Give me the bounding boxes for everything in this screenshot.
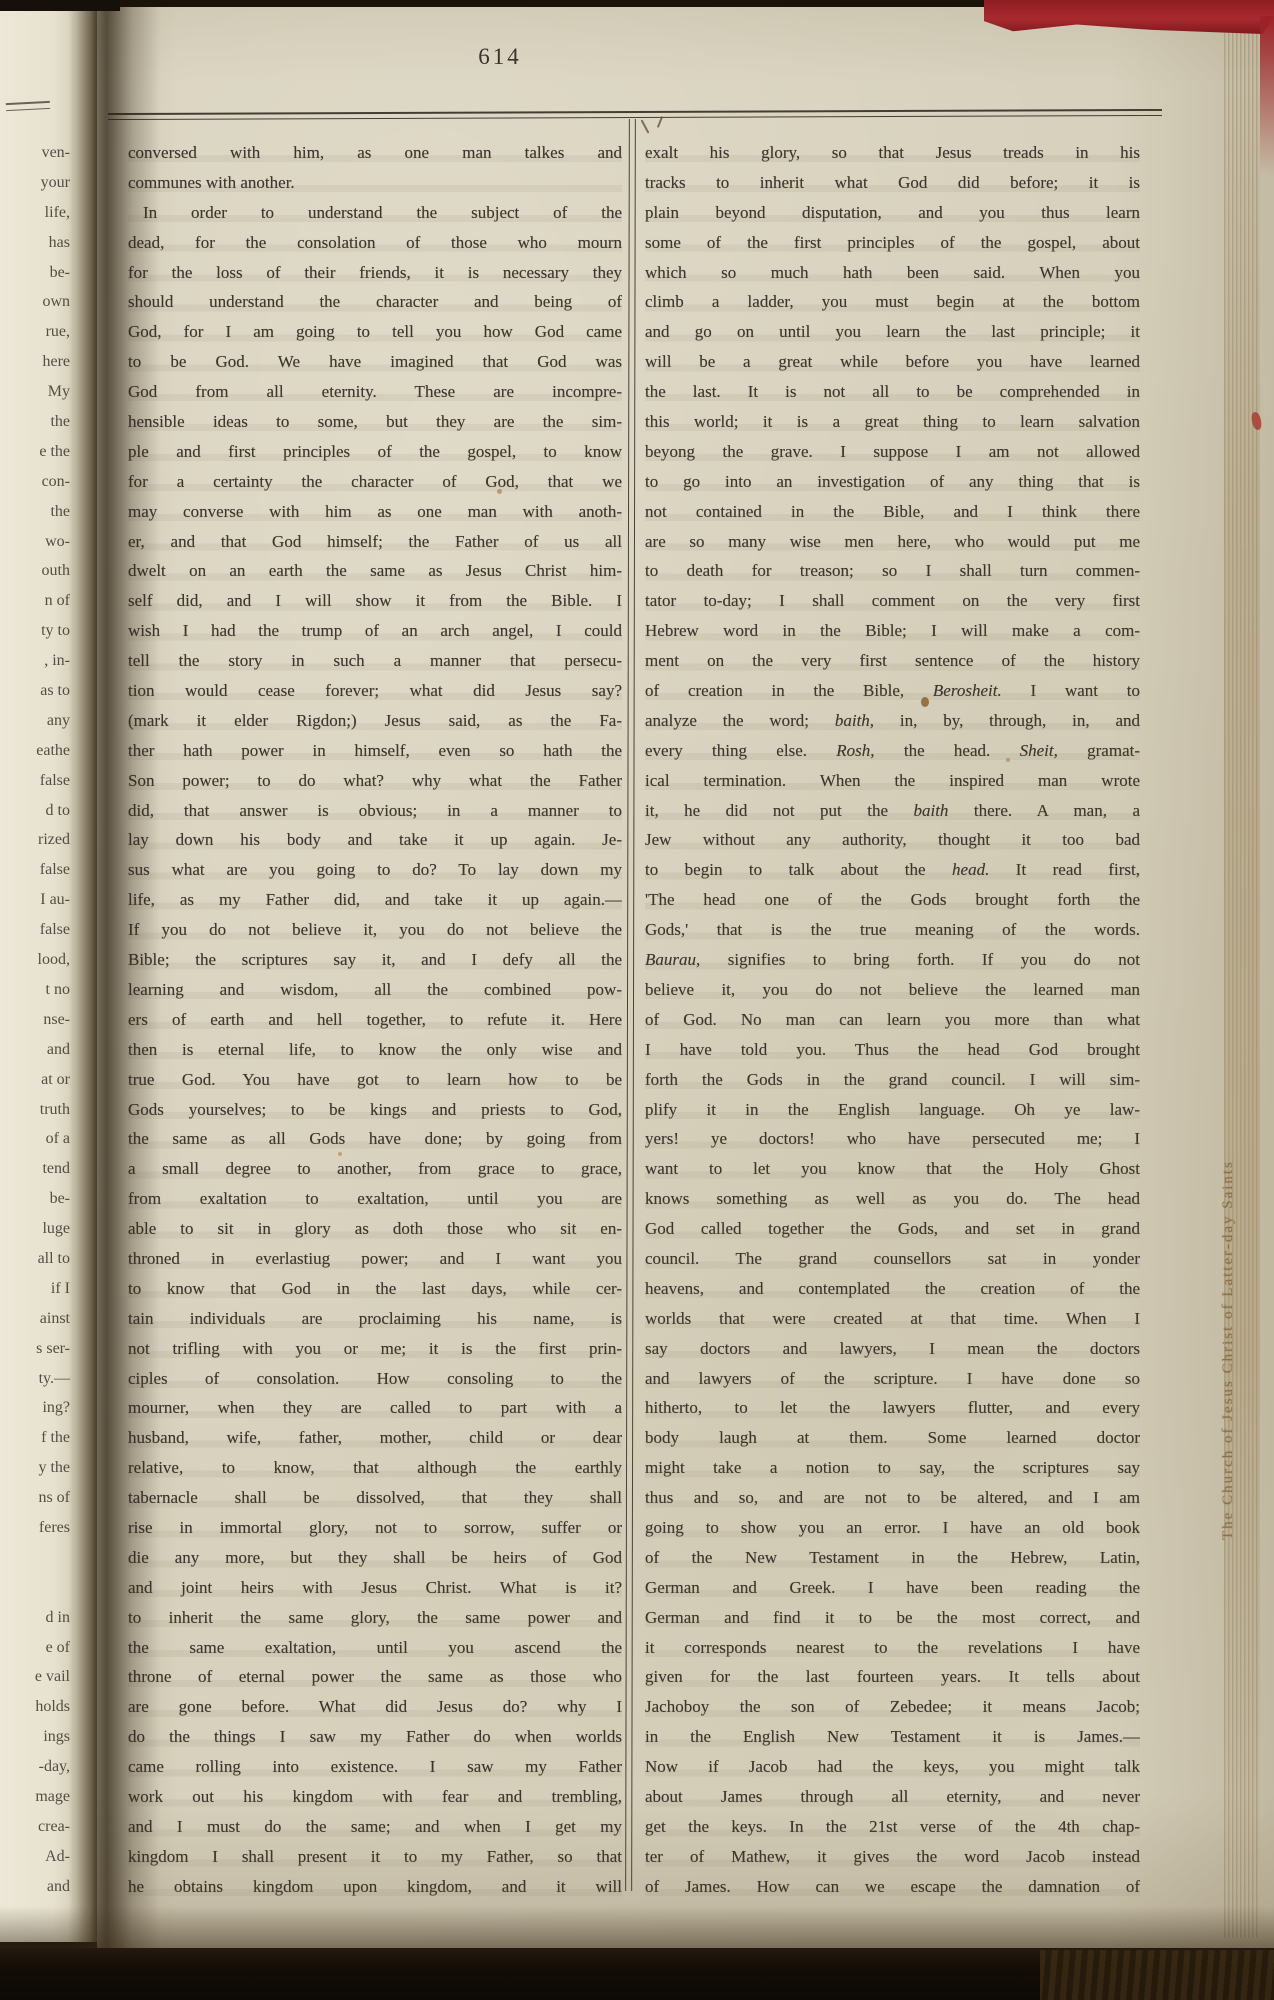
text-line: false [0, 766, 74, 796]
text-line: analyze the word; baith, in, by, through… [645, 706, 1140, 736]
text-line: able to sit in glory as doth those who s… [128, 1214, 622, 1244]
text-line: here [0, 347, 74, 377]
text-line: forth the Gods in the grand council. I w… [645, 1065, 1140, 1095]
text-line: conversed with him, as one man talkes an… [128, 138, 622, 168]
text-line: wish I had the trump of an arch angel, I… [128, 616, 622, 646]
top-cover-corner [0, 0, 120, 11]
text-line: ment on the very first sentence of the h… [645, 646, 1140, 676]
text-line: crea- [0, 1812, 74, 1842]
stain-speck [1006, 758, 1010, 762]
text-line: the last. It is not all to be comprehend… [645, 377, 1140, 407]
text-line: not contained in the Bible, and I think … [645, 497, 1140, 527]
text-line: eathe [0, 736, 74, 766]
text-line: true God. You have got to learn how to b… [128, 1065, 622, 1095]
text-line: sus what are you going to do? To lay dow… [128, 855, 622, 885]
text-line: beyong the grave. I suppose I am not all… [645, 437, 1140, 467]
text-line: are gone before. What did Jesus do? why … [128, 1692, 622, 1722]
text-line: (mark it elder Rigdon;) Jesus said, as t… [128, 706, 622, 736]
text-line: er, and that God himself; the Father of … [128, 527, 622, 557]
text-line: to go into an investigation of any thing… [645, 467, 1140, 497]
text-line: f the [0, 1423, 74, 1453]
text-line: e the [0, 437, 74, 467]
text-line: of creation in the Bible, Berosheit. I w… [645, 676, 1140, 706]
facing-page-text-fragments: ven-yourlife,hasbe-ownrue,hereMythee the… [0, 138, 74, 1902]
text-line: are so many wise men here, who would put… [645, 527, 1140, 557]
text-line: it corresponds nearest to the revelation… [645, 1633, 1140, 1663]
text-line: God, for I am going to tell you how God … [128, 317, 622, 347]
text-line: to be God. We have imagined that God was [128, 347, 622, 377]
stain-speck [497, 489, 502, 494]
text-line: to death for treason; so I shall turn co… [645, 556, 1140, 586]
text-line: lood, [0, 945, 74, 975]
text-line: holds [0, 1692, 74, 1722]
bottom-cover-leather [1040, 1950, 1274, 2000]
text-line: any [0, 706, 74, 736]
text-line: Now if Jacob had the keys, you might tal… [645, 1752, 1140, 1782]
text-line: own [0, 287, 74, 317]
text-line: Bible; the scriptures say it, and I defy… [128, 945, 622, 975]
text-line: body laugh at them. Some learned doctor [645, 1423, 1140, 1453]
text-line: tion would cease forever; what did Jesus… [128, 676, 622, 706]
text-line: Jew without any authority, thought it to… [645, 825, 1140, 855]
text-line: of a [0, 1124, 74, 1154]
text-line: false [0, 855, 74, 885]
text-line: this world; it is a great thing to learn… [645, 407, 1140, 437]
text-line: n of [0, 586, 74, 616]
text-line: some of the first principles of the gosp… [645, 228, 1140, 258]
text-line: worlds that were created at that time. W… [645, 1304, 1140, 1334]
text-line: has [0, 228, 74, 258]
text-line: Son power; to do what? why what the Fath… [128, 766, 622, 796]
text-line: for the loss of their friends, it is nec… [128, 258, 622, 288]
text-line: Jachoboy the son of Zebedee; it means Ja… [645, 1692, 1140, 1722]
text-line: be- [0, 1184, 74, 1214]
text-line: believe it, you do not believe the learn… [645, 975, 1140, 1005]
text-line: and I must do the same; and when I get m… [128, 1812, 622, 1842]
text-line: the [0, 407, 74, 437]
text-line: may converse with him as one man with an… [128, 497, 622, 527]
text-line: ter of Mathew, it gives the word Jacob i… [645, 1842, 1140, 1872]
text-line: mourner, when they are called to part wi… [128, 1393, 622, 1423]
text-line: lay down his body and take it up again. … [128, 825, 622, 855]
text-line: ainst [0, 1304, 74, 1334]
text-line: to inherit the same glory, the same powe… [128, 1603, 622, 1633]
text-line: climb a ladder, you must begin at the bo… [645, 287, 1140, 317]
text-line: God called together the Gods, and set in… [645, 1214, 1140, 1244]
right-text-column: exalt his glory, so that Jesus treads in… [645, 138, 1140, 1902]
text-line: exalt his glory, so that Jesus treads in… [645, 138, 1140, 168]
text-line: life, [0, 198, 74, 228]
text-line: My [0, 377, 74, 407]
text-line: to know that God in the last days, while… [128, 1274, 622, 1304]
text-line: did, that answer is obvious; in a manner… [128, 796, 622, 826]
text-line: should understand the character and bein… [128, 287, 622, 317]
text-line: from exaltation to exaltation, until you… [128, 1184, 622, 1214]
text-line: Gods yourselves; to be kings and priests… [128, 1095, 622, 1125]
text-line: do the things I saw my Father do when wo… [128, 1722, 622, 1752]
text-line: truth [0, 1095, 74, 1125]
text-line: ple and first principles of the gospel, … [128, 437, 622, 467]
text-line: Ad- [0, 1842, 74, 1872]
text-line: which so much hath been said. When you [645, 258, 1140, 288]
text-line: to begin to talk about the head. It read… [645, 855, 1140, 885]
text-line: ical termination. When the inspired man … [645, 766, 1140, 796]
stain-speck [921, 697, 929, 707]
text-line: I au- [0, 885, 74, 915]
text-line: t no [0, 975, 74, 1005]
text-line: tend [0, 1154, 74, 1184]
text-line: be- [0, 258, 74, 288]
text-line: and go on until you learn the last princ… [645, 317, 1140, 347]
text-line: tell the story in such a manner that per… [128, 646, 622, 676]
text-line: throne of eternal power the same as thos… [128, 1662, 622, 1692]
text-line: yers! ye doctors! who have persecuted me… [645, 1124, 1140, 1154]
text-line: ciples of consolation. How consoling to … [128, 1364, 622, 1394]
text-line: council. The grand counsellors sat in yo… [645, 1244, 1140, 1274]
facing-page-rule [6, 101, 50, 111]
text-line: mage [0, 1782, 74, 1812]
text-line: , in- [0, 646, 74, 676]
text-line: if I [0, 1274, 74, 1304]
facing-page-edge: ven-yourlife,hasbe-ownrue,hereMythee the… [0, 6, 97, 1942]
text-line: Baurau, signifies to bring forth. If you… [645, 945, 1140, 975]
text-line: and joint heirs with Jesus Christ. What … [128, 1573, 622, 1603]
text-line: e vail [0, 1662, 74, 1692]
left-text-column: conversed with him, as one man talkes an… [128, 138, 622, 1902]
text-line: d in [0, 1603, 74, 1633]
text-line: ers of earth and hell together, to refut… [128, 1005, 622, 1035]
text-line: wo- [0, 527, 74, 557]
text-line: came rolling into existence. I saw my Fa… [128, 1752, 622, 1782]
text-line: of the New Testament in the Hebrew, Lati… [645, 1543, 1140, 1573]
text-line: knows something as well as you do. The h… [645, 1184, 1140, 1214]
text-line: as to [0, 676, 74, 706]
text-line: I have told you. Thus the head God broug… [645, 1035, 1140, 1065]
text-line: die any more, but they shall be heirs of… [128, 1543, 622, 1573]
text-line: rue, [0, 317, 74, 347]
text-line [0, 1573, 74, 1603]
text-line: get the keys. In the 21st verse of the 4… [645, 1812, 1140, 1842]
text-line: ther hath power in himself, even so hath… [128, 736, 622, 766]
text-line: heavens, and contemplated the creation o… [645, 1274, 1140, 1304]
text-line: will be a great while before you have le… [645, 347, 1140, 377]
text-line: might take a notion to say, the scriptur… [645, 1453, 1140, 1483]
ownership-stamp-vertical: The Church of Jesus Christ of Latter-day… [1220, 555, 1237, 1540]
text-line: self did, and I will show it from the Bi… [128, 586, 622, 616]
text-line: of James. How can we escape the damnatio… [645, 1872, 1140, 1902]
text-line: about James through all eternity, and ne… [645, 1782, 1140, 1812]
text-line: hensible ideas to some, but they are the… [128, 407, 622, 437]
text-line: your [0, 168, 74, 198]
text-line: for a certainty the character of God, th… [128, 467, 622, 497]
text-line: false [0, 915, 74, 945]
text-line: want to let you know that the Holy Ghost [645, 1154, 1140, 1184]
text-line: and lawyers of the scripture. I have don… [645, 1364, 1140, 1394]
text-line: learning and wisdom, all the combined po… [128, 975, 622, 1005]
text-line: relative, to know, that although the ear… [128, 1453, 622, 1483]
text-line: hitherto, to let the lawyers flutter, an… [645, 1393, 1140, 1423]
text-line: German and Greek. I have been reading th… [645, 1573, 1140, 1603]
text-line: the same exaltation, until you ascend th… [128, 1633, 622, 1663]
text-line: given for the last fourteen years. It te… [645, 1662, 1140, 1692]
text-line: 'The head one of the Gods brought forth … [645, 885, 1140, 915]
text-line: life, as my Father did, and take it up a… [128, 885, 622, 915]
text-line: all to [0, 1244, 74, 1274]
text-line: nse- [0, 1005, 74, 1035]
text-line: the [0, 497, 74, 527]
text-line: work out his kingdom with fear and tremb… [128, 1782, 622, 1812]
text-line: tracks to inherit what God did before; i… [645, 168, 1140, 198]
text-line: con- [0, 467, 74, 497]
text-line: then is eternal life, to know the only w… [128, 1035, 622, 1065]
text-line: y the [0, 1453, 74, 1483]
book-scan-page: ven-yourlife,hasbe-ownrue,hereMythee the… [0, 0, 1274, 2000]
text-line: of God. No man can learn you more than w… [645, 1005, 1140, 1035]
text-line: say doctors and lawyers, I mean the doct… [645, 1334, 1140, 1364]
text-line: luge [0, 1214, 74, 1244]
text-line: ty to [0, 616, 74, 646]
text-line: Gods,' that is the true meaning of the w… [645, 915, 1140, 945]
text-line: ven- [0, 138, 74, 168]
text-line: and [0, 1872, 74, 1902]
text-line: rise in immortal glory, not to sorrow, s… [128, 1513, 622, 1543]
text-line: at or [0, 1065, 74, 1095]
text-line: thus and so, and are not to be altered, … [645, 1483, 1140, 1513]
text-line: e of [0, 1633, 74, 1663]
text-line: ings [0, 1722, 74, 1752]
text-line: tain individuals are proclaiming his nam… [128, 1304, 622, 1334]
text-line: d to [0, 796, 74, 826]
text-line: s ser- [0, 1334, 74, 1364]
text-line: plify it in the English language. Oh ye … [645, 1095, 1140, 1125]
text-line: tator to-day; I shall comment on the ver… [645, 586, 1140, 616]
text-line: God from all eternity. These are incompr… [128, 377, 622, 407]
text-line: the same as all Gods have done; by going… [128, 1124, 622, 1154]
text-line: a small degree to another, from grace to… [128, 1154, 622, 1184]
text-line: -day, [0, 1752, 74, 1782]
text-line: husband, wife, father, mother, child or … [128, 1423, 622, 1453]
text-line: and [0, 1035, 74, 1065]
text-line: throned in everlastiug power; and I want… [128, 1244, 622, 1274]
text-line: Hebrew word in the Bible; I will make a … [645, 616, 1140, 646]
text-line: German and find it to be the most correc… [645, 1603, 1140, 1633]
text-line: every thing else. Rosh, the head. Sheit,… [645, 736, 1140, 766]
text-line: plain beyond disputation, and you thus l… [645, 198, 1140, 228]
text-line: in the English New Testament it is James… [645, 1722, 1140, 1752]
text-line: dead, for the consolation of those who m… [128, 228, 622, 258]
text-line: kingdom I shall present it to my Father,… [128, 1842, 622, 1872]
text-line: he obtains kingdom upon kingdom, and it … [128, 1872, 622, 1902]
text-line: ing? [0, 1393, 74, 1423]
text-line: outh [0, 556, 74, 586]
text-line: tabernacle shall be dissolved, that they… [128, 1483, 622, 1513]
text-line: ty.— [0, 1364, 74, 1394]
text-line: it, he did not put the baith there. A ma… [645, 796, 1140, 826]
text-line: If you do not believe it, you do not bel… [128, 915, 622, 945]
text-line: ns of [0, 1483, 74, 1513]
text-line: feres [0, 1513, 74, 1543]
text-line [0, 1543, 74, 1573]
text-line: dwelt on an earth the same as Jesus Chri… [128, 556, 622, 586]
text-line: going to show you an error. I have an ol… [645, 1513, 1140, 1543]
text-line: rized [0, 825, 74, 855]
text-line: not trifling with you or me; it is the f… [128, 1334, 622, 1364]
stain-speck [338, 1152, 342, 1156]
red-cover-edge [1260, 16, 1274, 176]
text-line: communes with another. [128, 168, 622, 198]
page-number: 614 [452, 44, 548, 70]
text-line: In order to understand the subject of th… [128, 198, 622, 228]
